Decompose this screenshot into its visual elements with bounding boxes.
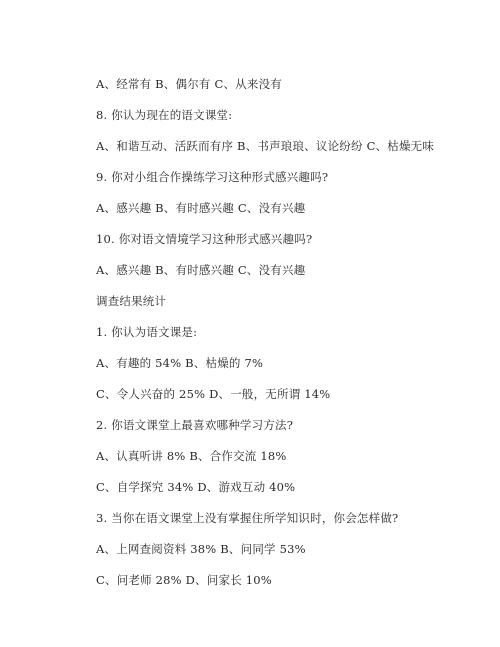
- result-3-question: 3. 当你在语文课堂上没有掌握住所学知识时，你会怎样做?: [96, 510, 476, 541]
- question-9-options: A、感兴趣 B、有时感兴趣 C、没有兴趣: [96, 200, 476, 231]
- question-10-options: A、感兴趣 B、有时感兴趣 C、没有兴趣: [96, 262, 476, 293]
- question-7-options: A、经常有 B、偶尔有 C、从来没有: [96, 76, 476, 107]
- result-2-options-cd: C、自学探究 34% D、游戏互动 40%: [96, 479, 476, 510]
- question-8-options: A、和谐互动、活跃而有序 B、书声琅琅、议论纷纷 C、枯燥无味: [96, 138, 476, 169]
- result-1-options-ab: A、有趣的 54% B、枯燥的 7%: [96, 355, 476, 386]
- result-2-options-ab: A、认真听讲 8% B、合作交流 18%: [96, 448, 476, 479]
- result-1-options-cd: C、令人兴奋的 25% D、一般，无所谓 14%: [96, 386, 476, 417]
- question-10: 10. 你对语文情境学习这种形式感兴趣吗?: [96, 231, 476, 262]
- result-3-options-ab: A、上网查阅资料 38% B、问同学 53%: [96, 541, 476, 572]
- result-2-question: 2. 你语文课堂上最喜欢哪种学习方法?: [96, 417, 476, 448]
- question-8: 8. 你认为现在的语文课堂:: [96, 107, 476, 138]
- result-3-options-cd: C、问老师 28% D、问家长 10%: [96, 572, 476, 603]
- result-1-question: 1. 你认为语文课是:: [96, 324, 476, 355]
- question-9: 9. 你对小组合作操练学习这种形式感兴趣吗?: [96, 169, 476, 200]
- results-heading: 调查结果统计: [96, 293, 476, 324]
- document-page: A、经常有 B、偶尔有 C、从来没有 8. 你认为现在的语文课堂: A、和谐互动…: [96, 76, 476, 603]
